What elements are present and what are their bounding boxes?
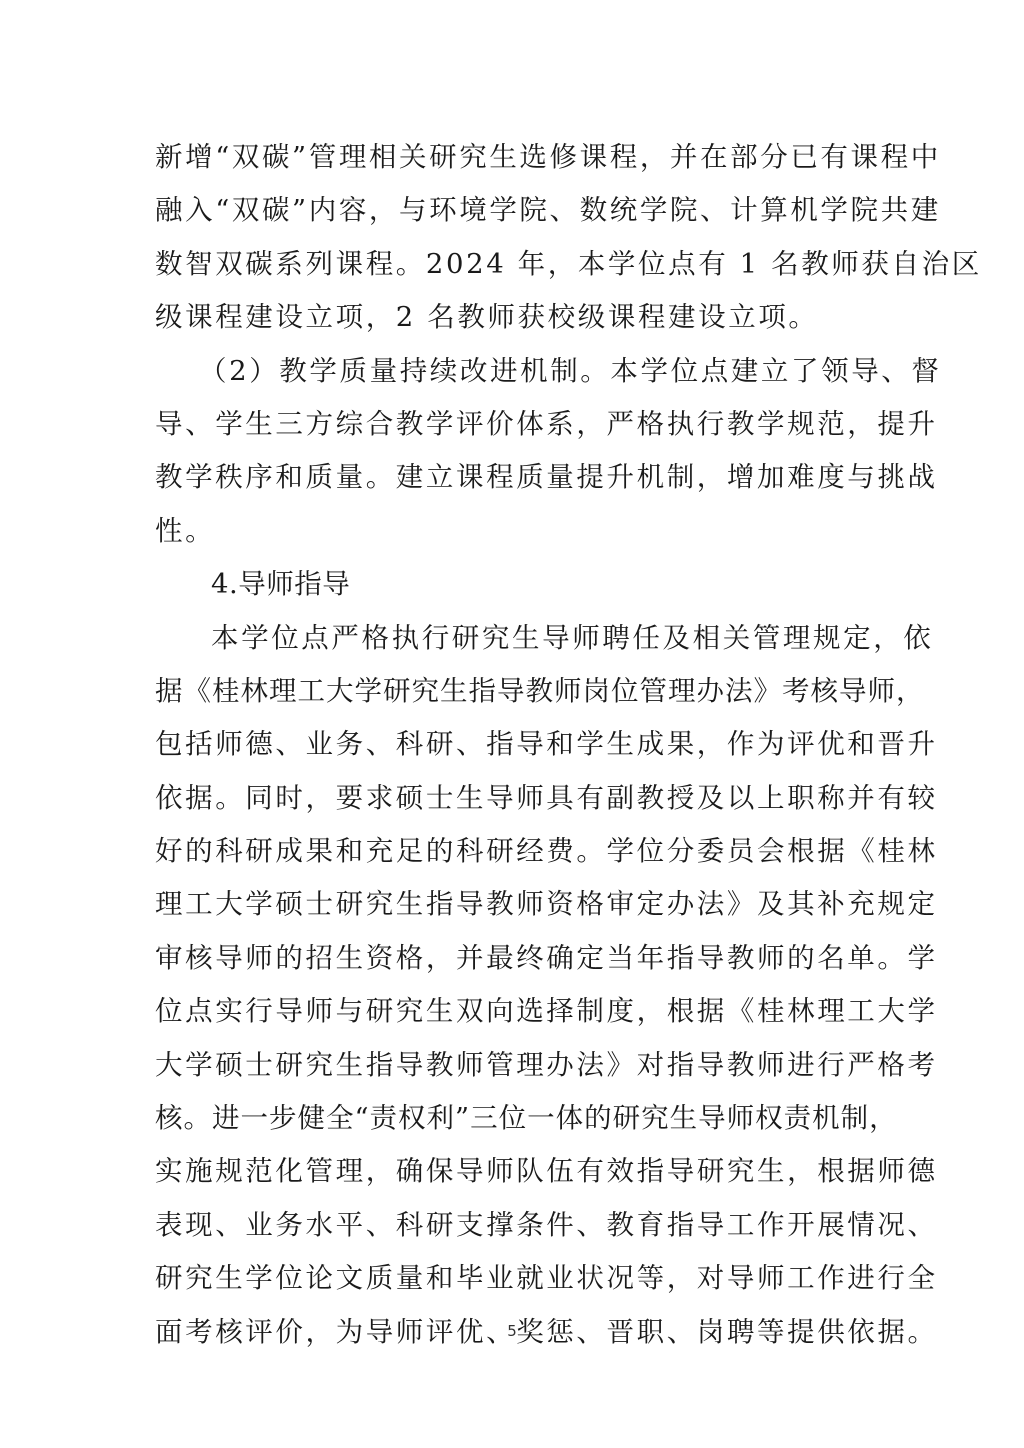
text-line: 实施规范化管理，确保导师队伍有效指导研究生，根据师德: [155, 1145, 871, 1198]
paragraph-teaching-quality: （2）教学质量持续改进机制。本学位点建立了领导、督 导、学生三方综合教学评价体系…: [155, 345, 871, 559]
text-line: 好的科研成果和充足的科研经费。学位分委员会根据《桂林: [155, 825, 871, 878]
document-page: 新增“双碳”管理相关研究生选修课程，并在部分已有课程中 融入“双碳”内容，与环境…: [155, 131, 871, 1359]
section-title: 4.导师指导: [155, 558, 871, 611]
text-line: 据《桂林理工大学研究生指导教师岗位管理办法》考核导师，: [155, 665, 871, 718]
section-heading: 4.导师指导: [155, 558, 871, 611]
text-line: 大学硕士研究生指导教师管理办法》对指导教师进行严格考: [155, 1039, 871, 1092]
text-line: 研究生学位论文质量和毕业就业状况等，对导师工作进行全: [155, 1252, 871, 1305]
paragraph-course-development: 新增“双碳”管理相关研究生选修课程，并在部分已有课程中 融入“双碳”内容，与环境…: [155, 131, 871, 345]
text-line: 数智双碳系列课程。2024 年，本学位点有 1 名教师获自治区: [155, 238, 871, 291]
page-number: 5: [0, 1322, 1024, 1340]
text-line: 核。进一步健全“责权利”三位一体的研究生导师权责机制，: [155, 1092, 871, 1145]
text-line: 审核导师的招生资格，并最终确定当年指导教师的名单。学: [155, 932, 871, 985]
text-line: 理工大学硕士研究生指导教师资格审定办法》及其补充规定: [155, 878, 871, 931]
text-line: 级课程建设立项，2 名教师获校级课程建设立项。: [155, 291, 871, 344]
text-line: 本学位点严格执行研究生导师聘任及相关管理规定，依: [155, 612, 871, 665]
text-line: （2）教学质量持续改进机制。本学位点建立了领导、督: [155, 345, 871, 398]
text-line: 融入“双碳”内容，与环境学院、数统学院、计算机学院共建: [155, 184, 871, 237]
text-line: 导、学生三方综合教学评价体系，严格执行教学规范，提升: [155, 398, 871, 451]
text-line: 位点实行导师与研究生双向选择制度，根据《桂林理工大学: [155, 985, 871, 1038]
text-line: 教学秩序和质量。建立课程质量提升机制，增加难度与挑战: [155, 451, 871, 504]
paragraph-supervisor-guidance: 本学位点严格执行研究生导师聘任及相关管理规定，依 据《桂林理工大学研究生指导教师…: [155, 612, 871, 1359]
text-line: 性。: [155, 505, 871, 558]
text-line: 新增“双碳”管理相关研究生选修课程，并在部分已有课程中: [155, 131, 871, 184]
text-line: 包括师德、业务、科研、指导和学生成果，作为评优和晋升: [155, 718, 871, 771]
text-line: 依据。同时，要求硕士生导师具有副教授及以上职称并有较: [155, 772, 871, 825]
text-line: 表现、业务水平、科研支撑条件、教育指导工作开展情况、: [155, 1199, 871, 1252]
